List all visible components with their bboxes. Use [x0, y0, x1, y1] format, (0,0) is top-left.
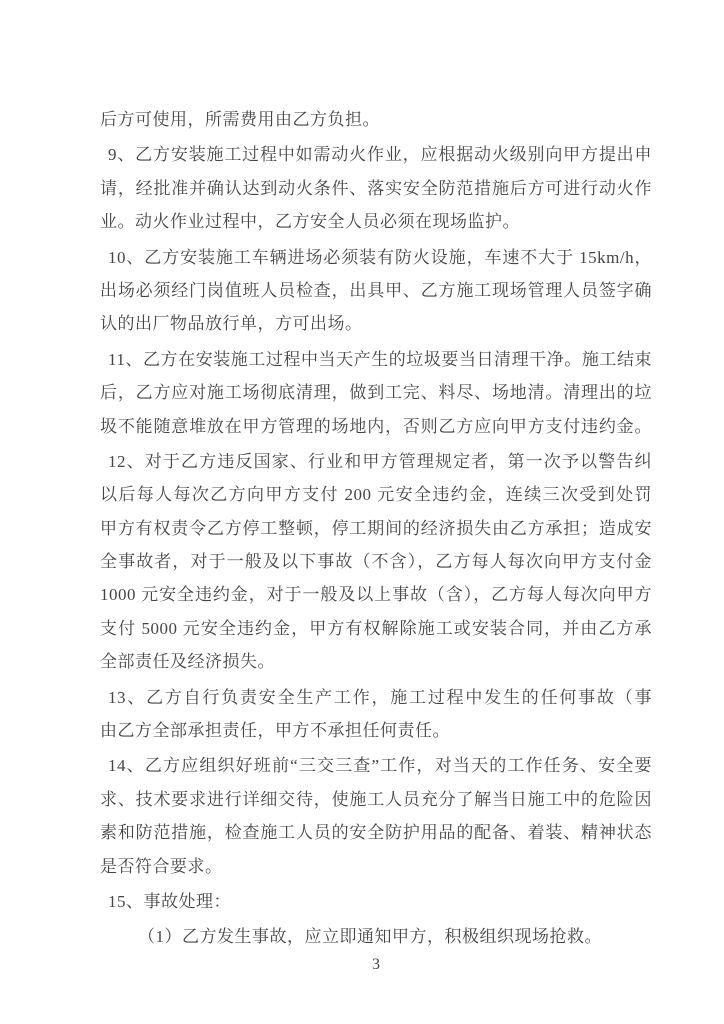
text-line: 业。动火作业过程中，乙方安全人员必须在现场监护。	[100, 205, 652, 238]
text-line: 11、乙方在安装施工过程中当天产生的垃圾要当日清理干净。施工结束	[100, 343, 652, 376]
text-line: 由乙方全部承担责任，甲方不承担任何责任。	[100, 714, 652, 747]
text-line: 9、乙方安装施工过程中如需动火作业，应根据动火级别向甲方提出申	[100, 138, 652, 171]
paragraph-clause-11: 11、乙方在安装施工过程中当天产生的垃圾要当日清理干净。施工结束后，乙方应对施工…	[100, 343, 652, 443]
paragraph-clause-9: 9、乙方安装施工过程中如需动火作业，应根据动火级别向甲方提出申请，经批准并确认达…	[100, 138, 652, 238]
text-line: 请，经批准并确认达到动火条件、落实安全防范措施后方可进行动火作	[100, 172, 652, 205]
text-line: 13、乙方自行负责安全生产工作，施工过程中发生的任何事故（事件），	[100, 681, 652, 714]
paragraph-clause-8-continuation: 后方可使用，所需费用由乙方负担。	[100, 103, 652, 136]
text-line: 10、乙方安装施工车辆进场必须装有防火设施，车速不大于 15km/h，	[100, 241, 652, 274]
paragraph-clause-14: 14、乙方应组织好班前“三交三查”工作，对当天的工作任务、安全要求、技术要求进行…	[100, 749, 652, 883]
paragraph-clause-10: 10、乙方安装施工车辆进场必须装有防火设施，车速不大于 15km/h，出场必须经…	[100, 241, 652, 341]
text-line: 以后每人每次乙方向甲方支付 200 元安全违约金，连续三次受到处罚者，	[100, 478, 652, 511]
text-line: 12、对于乙方违反国家、行业和甲方管理规定者，第一次予以警告纠正，	[100, 445, 652, 478]
paragraph-clause-12: 12、对于乙方违反国家、行业和甲方管理规定者，第一次予以警告纠正，以后每人每次乙…	[100, 445, 652, 679]
text-line: 出场必须经门岗值班人员检查，出具甲、乙方施工现场管理人员签字确	[100, 274, 652, 307]
paragraph-clause-13: 13、乙方自行负责安全生产工作，施工过程中发生的任何事故（事件），由乙方全部承担…	[100, 681, 652, 748]
text-line: 后方可使用，所需费用由乙方负担。	[100, 103, 652, 136]
text-line: 后，乙方应对施工场彻底清理，做到工完、料尽、场地清。清理出的垃	[100, 376, 652, 409]
text-line: 全部责任及经济损失。	[100, 645, 652, 678]
text-line: 1000 元安全违约金，对于一般及以上事故（含），乙方每人每次向甲方	[100, 578, 652, 611]
text-line: 支付 5000 元安全违约金，甲方有权解除施工或安装合同，并由乙方承担	[100, 612, 652, 645]
text-line: 素和防范措施，检查施工人员的安全防护用品的配备、着装、精神状态	[100, 816, 652, 849]
text-line: 求、技术要求进行详细交待，使施工人员充分了解当日施工中的危险因	[100, 783, 652, 816]
text-line: 15、事故处理：	[100, 885, 652, 918]
text-line: 圾不能随意堆放在甲方管理的场地内，否则乙方应向甲方支付违约金。	[100, 410, 652, 443]
text-line: 全事故者，对于一般及以下事故（不含），乙方每人每次向甲方支付金	[100, 545, 652, 578]
document-page: 后方可使用，所需费用由乙方负担。9、乙方安装施工过程中如需动火作业，应根据动火级…	[0, 0, 724, 1024]
paragraph-clause-15: 15、事故处理：	[100, 885, 652, 918]
contract-text-body: 后方可使用，所需费用由乙方负担。9、乙方安装施工过程中如需动火作业，应根据动火级…	[100, 103, 652, 954]
text-line: 认的出厂物品放行单，方可出场。	[100, 307, 652, 340]
text-line: 是否符合要求。	[100, 850, 652, 883]
text-line: 甲方有权责令乙方停工整顿，停工期间的经济损失由乙方承担；造成安	[100, 512, 652, 545]
text-line: 14、乙方应组织好班前“三交三查”工作，对当天的工作任务、安全要	[100, 749, 652, 782]
page-number: 3	[100, 948, 652, 981]
